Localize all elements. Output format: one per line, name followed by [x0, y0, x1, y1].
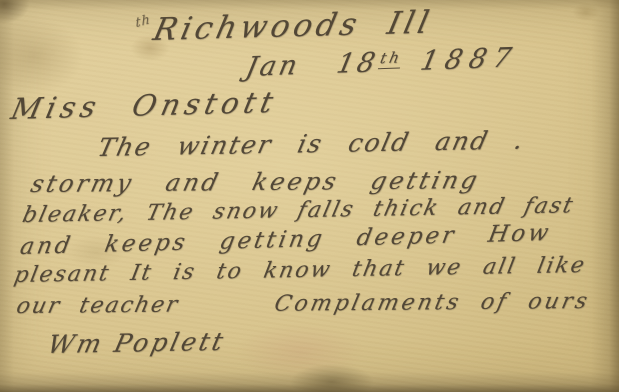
date-day: Jan 18: [243, 47, 381, 83]
letter-page: th Richwoods Ill Jan 18th1887 Miss Onsto…: [0, 0, 619, 392]
date-year: 1887: [418, 42, 521, 77]
corner-squiggle-mark: th: [135, 12, 151, 31]
closing-line: our teacherComplaments of ours: [14, 289, 592, 319]
heading-date: Jan 18th1887: [243, 42, 521, 83]
date-ordinal-superscript: th: [378, 48, 404, 69]
signature: Wm Poplett: [45, 327, 229, 359]
heading-place: Richwoods Ill: [150, 4, 436, 48]
salutation: Miss Onstott: [8, 85, 281, 126]
body-line-2: stormy and keeps getting: [28, 166, 483, 198]
closing-left-text: our teacher: [14, 293, 181, 319]
closing-right-text: Complaments of ours: [272, 289, 592, 317]
body-line-5: plesant It is to know that we all like: [12, 253, 588, 288]
body-line-1: The winter is cold and .: [95, 125, 528, 162]
